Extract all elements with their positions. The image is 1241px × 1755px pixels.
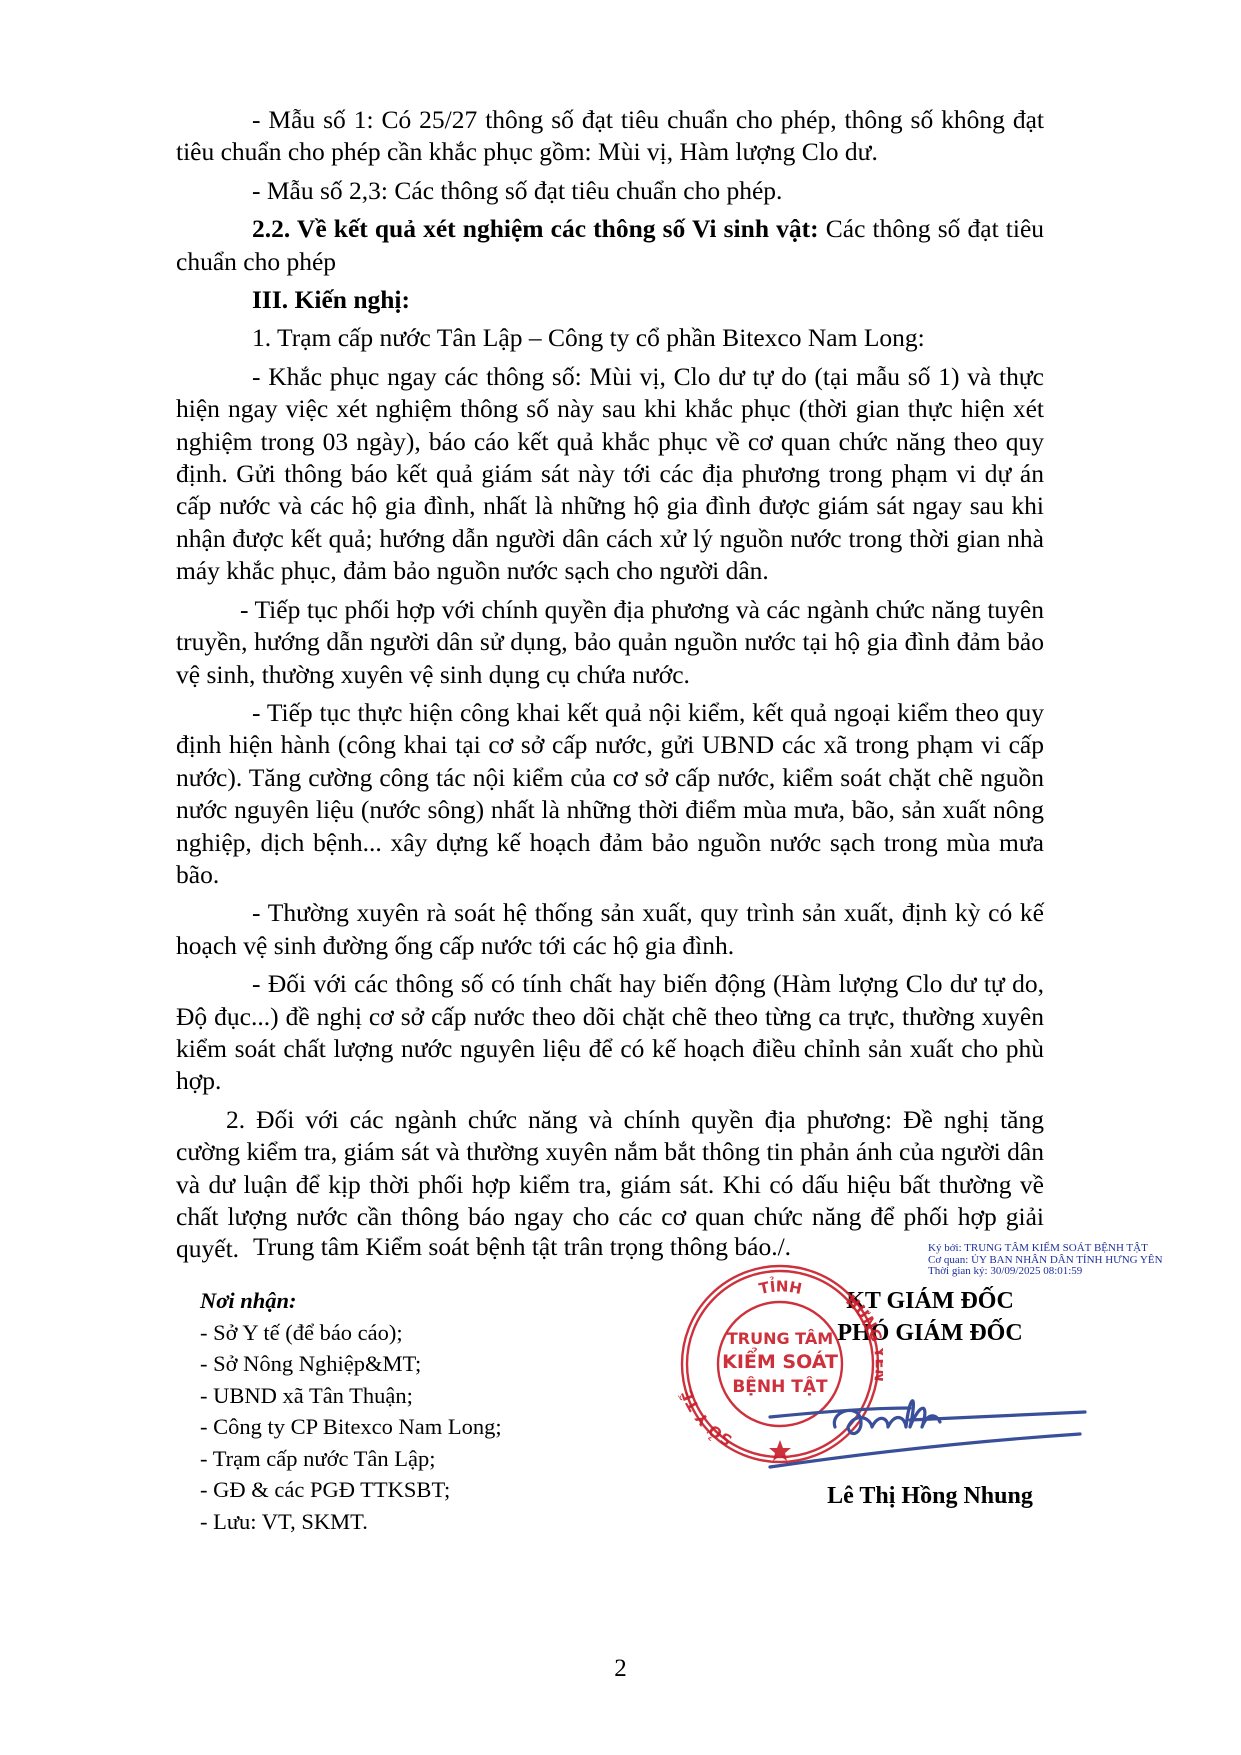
recipient-item: - GĐ & các PGĐ TTKSBT; (200, 1474, 502, 1506)
svg-text:KIỂM SOÁT: KIỂM SOÁT (722, 1347, 838, 1373)
recipients-block: Nơi nhận: - Sở Y tế (để báo cáo); - Sở N… (200, 1285, 502, 1537)
handwritten-signature (760, 1372, 1090, 1482)
svg-text:HƯNG YÊN: HƯNG YÊN (842, 1291, 883, 1382)
paragraph-fix-params: - Khắc phục ngay các thông số: Mùi vị, C… (176, 361, 1044, 588)
page-number: 2 (0, 1655, 1241, 1683)
section-heading-recommendations: III. Kiến nghị: (176, 284, 1044, 316)
recipient-item: - UBND xã Tân Thuận; (200, 1380, 502, 1412)
document-page: - Mẫu số 1: Có 25/27 thông số đạt tiêu c… (0, 0, 1241, 1755)
paragraph-publish-results: - Tiếp tục thực hiện công khai kết quả n… (176, 697, 1044, 891)
recipient-item: - Lưu: VT, SKMT. (200, 1506, 502, 1538)
paragraph-sample-1: - Mẫu số 1: Có 25/27 thông số đạt tiêu c… (176, 104, 1044, 169)
paragraph-volatile-params: - Đối với các thông số có tính chất hay … (176, 968, 1044, 1098)
signer-name: Lê Thị Hồng Nhung (780, 1483, 1080, 1510)
paragraph-cooperate: - Tiếp tục phối hợp với chính quyền địa … (176, 594, 1044, 691)
paragraph-review-system: - Thường xuyên rà soát hệ thống sản xuất… (176, 897, 1044, 962)
svg-text:TỈNH: TỈNH (757, 1275, 803, 1298)
recipient-item: - Sở Y tế (để báo cáo); (200, 1317, 502, 1349)
signed-by: Ký bởi: TRUNG TÂM KIỂM SOÁT BỆNH TẬT (928, 1243, 1163, 1255)
recipient-item: - Trạm cấp nước Tân Lập; (200, 1443, 502, 1475)
digital-signature-info: Ký bởi: TRUNG TÂM KIỂM SOÁT BỆNH TẬT Cơ … (928, 1243, 1163, 1278)
signing-time: Thời gian ký: 30/09/2025 08:01:59 (928, 1266, 1163, 1278)
paragraph-sample-2-3: - Mẫu số 2,3: Các thông số đạt tiêu chuẩ… (176, 175, 1044, 207)
paragraph-station: 1. Trạm cấp nước Tân Lập – Công ty cổ ph… (176, 322, 1044, 354)
document-body: - Mẫu số 1: Có 25/27 thông số đạt tiêu c… (176, 104, 1044, 1272)
recipients-title: Nơi nhận: (200, 1285, 502, 1317)
recipient-item: - Sở Nông Nghiệp&MT; (200, 1348, 502, 1380)
recipient-item: - Công ty CP Bitexco Nam Long; (200, 1411, 502, 1443)
svg-text:TRUNG TÂM: TRUNG TÂM (727, 1329, 833, 1348)
paragraph-microbiology: 2.2. Về kết quả xét nghiệm các thông số … (176, 213, 1044, 278)
closing-line: Trung tâm Kiểm soát bệnh tật trân trọng … (253, 1232, 791, 1262)
